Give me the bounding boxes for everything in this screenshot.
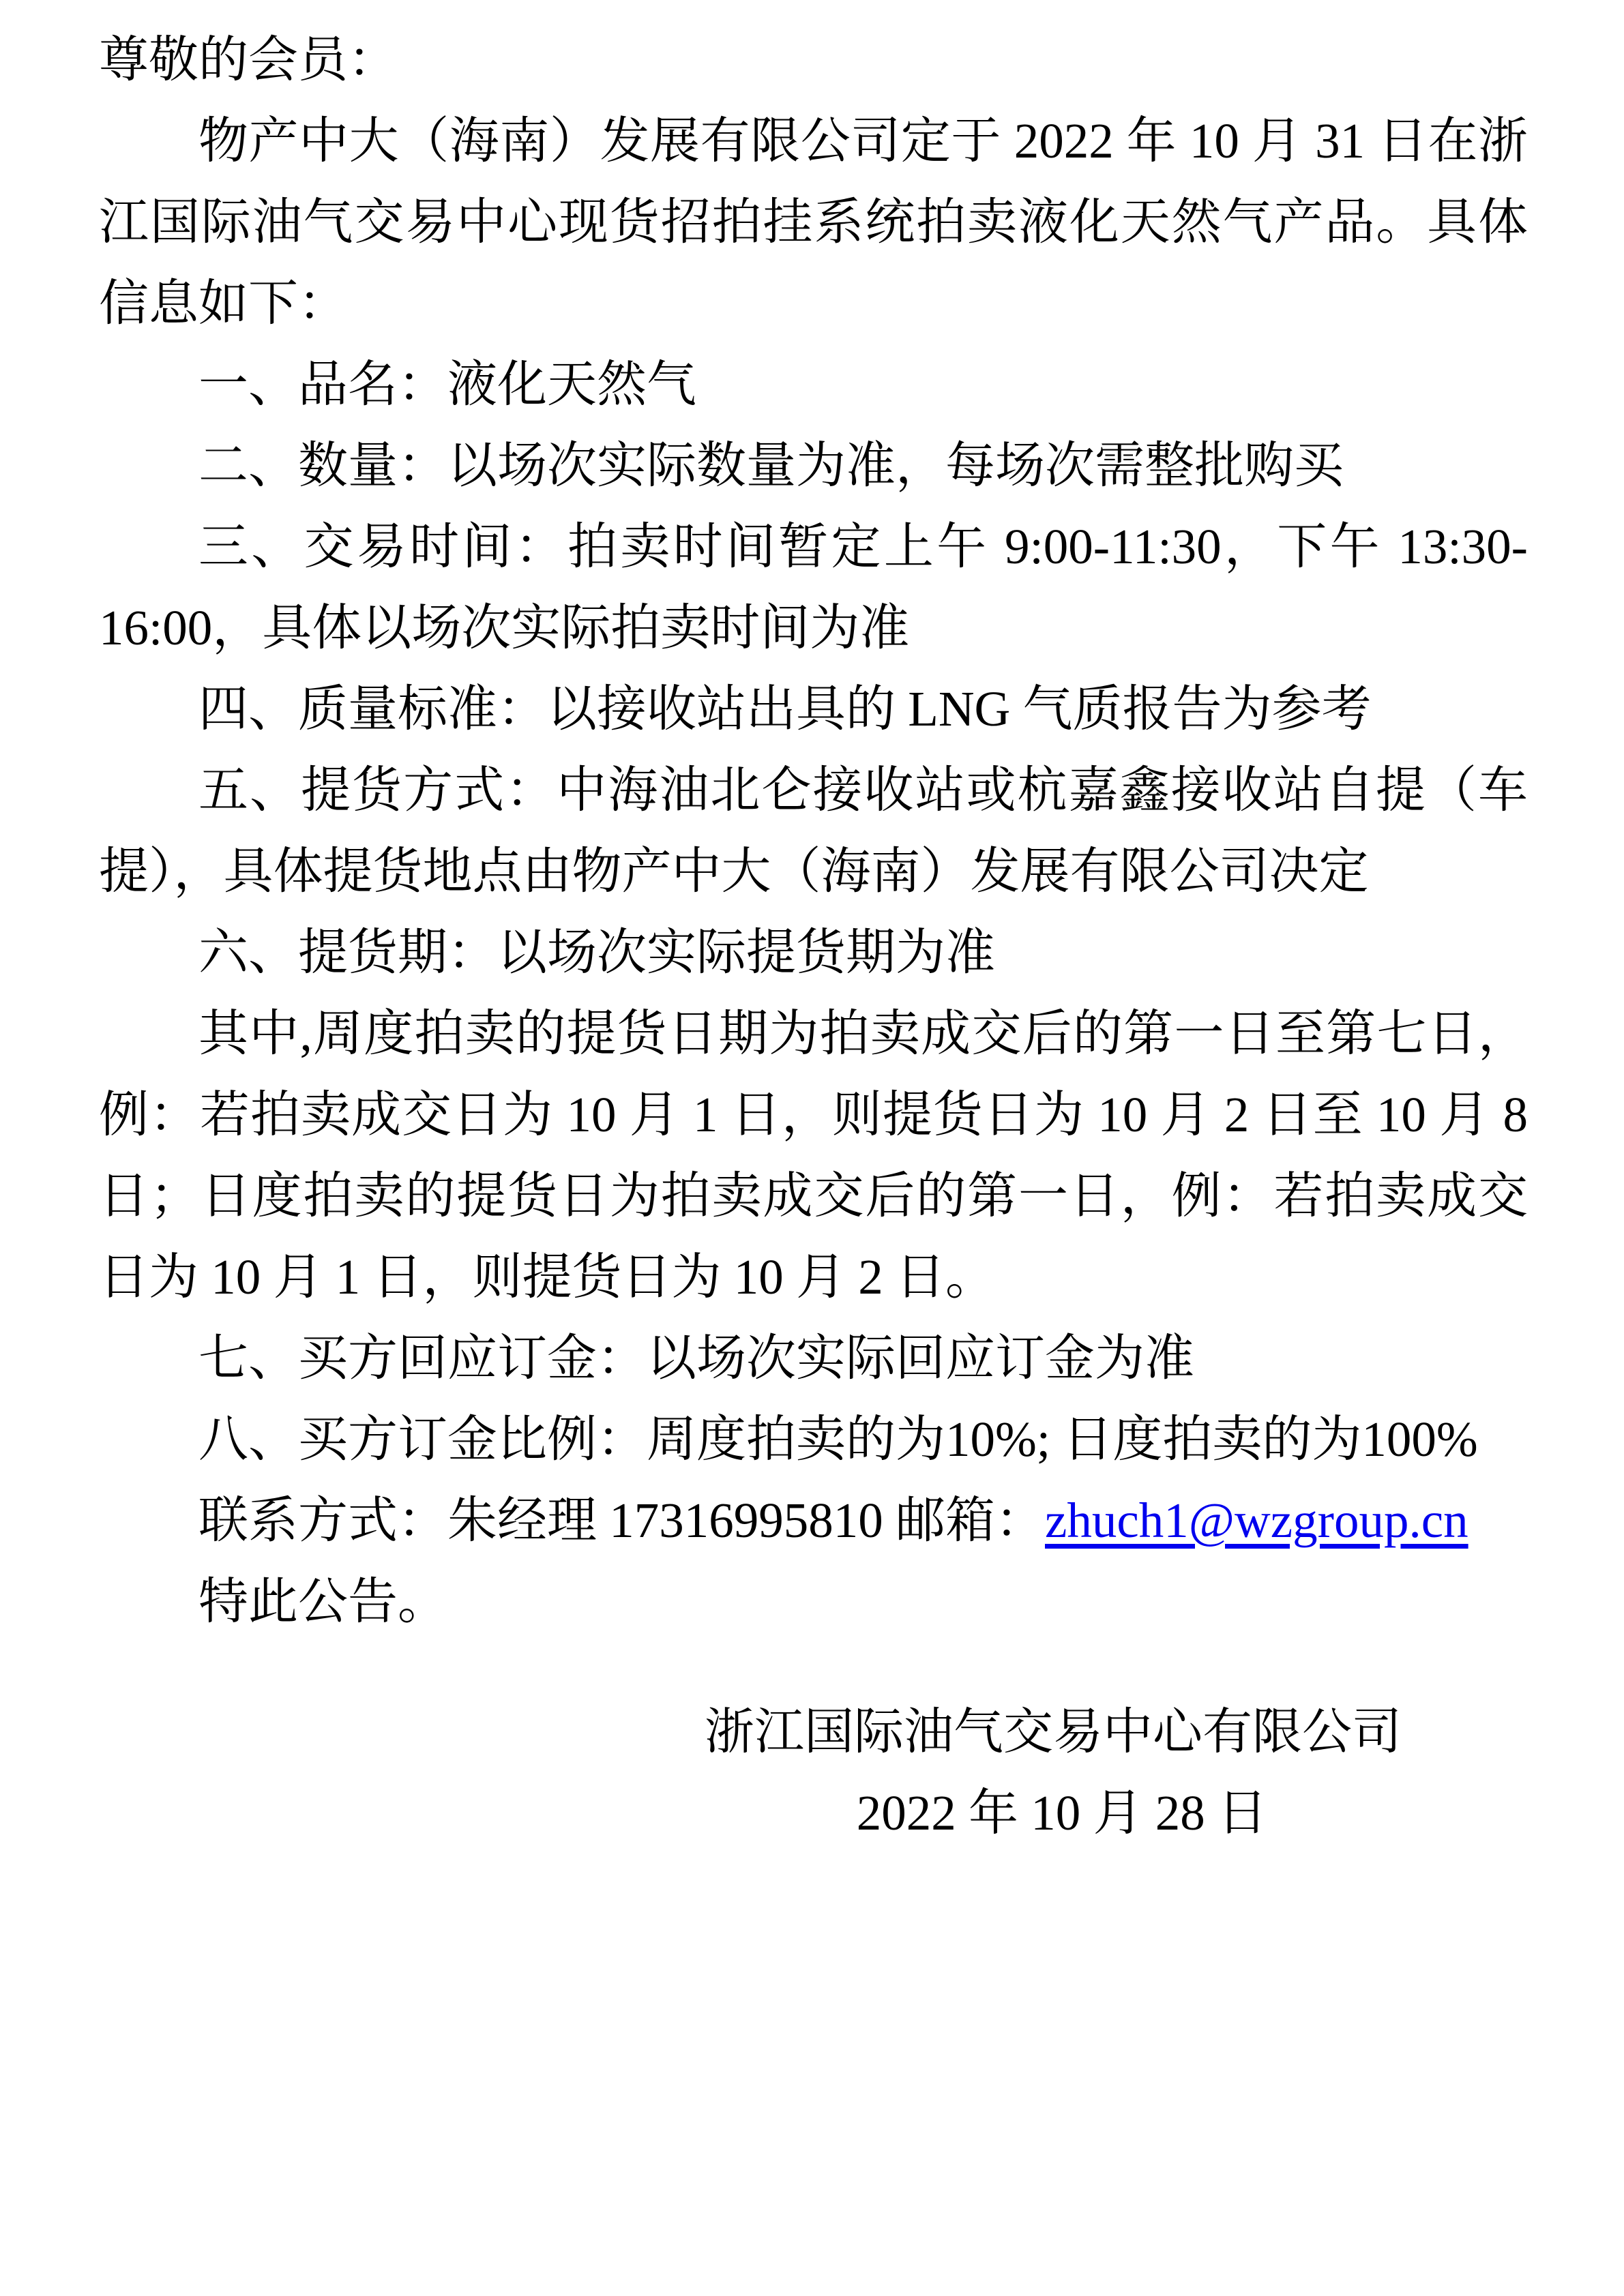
intro-paragraph: 物产中大（海南）发展有限公司定于 2022 年 10 月 31 日在浙江国际油气… bbox=[99, 100, 1528, 344]
item-3-trading-time: 三、交易时间：拍卖时间暂定上午 9:00-11:30，下午 13:30-16:0… bbox=[99, 506, 1528, 668]
closing-statement: 特此公告。 bbox=[99, 1561, 1528, 1642]
signature-date: 2022 年 10 月 28 日 bbox=[99, 1772, 1528, 1853]
item-6-pickup-period: 六、提货期：以场次实际提货期为准 bbox=[99, 912, 1528, 993]
item-4-quality-standard: 四、质量标准：以接收站出具的 LNG 气质报告为参考 bbox=[99, 668, 1528, 749]
item-2-quantity: 二、数量：以场次实际数量为准，每场次需整批购买 bbox=[99, 425, 1528, 506]
salutation: 尊敬的会员： bbox=[99, 19, 1528, 100]
email-link[interactable]: zhuch1@wzgroup.cn bbox=[1045, 1493, 1468, 1548]
item-7-buyer-response-deposit: 七、买方回应订金：以场次实际回应订金为准 bbox=[99, 1317, 1528, 1399]
pickup-period-note: 其中,周度拍卖的提货日期为拍卖成交后的第一日至第七日，例：若拍卖成交日为 10 … bbox=[99, 993, 1528, 1317]
document-page: 尊敬的会员： 物产中大（海南）发展有限公司定于 2022 年 10 月 31 日… bbox=[0, 0, 1624, 2296]
contact-label: 联系方式：朱经理 17316995810 邮箱： bbox=[198, 1493, 1045, 1548]
signature-company: 浙江国际油气交易中心有限公司 bbox=[99, 1691, 1528, 1772]
item-1-product-name: 一、品名：液化天然气 bbox=[99, 344, 1528, 425]
contact-line: 联系方式：朱经理 17316995810 邮箱：zhuch1@wzgroup.c… bbox=[99, 1480, 1528, 1561]
item-8-deposit-ratio: 八、买方订金比例：周度拍卖的为10%; 日度拍卖的为100% bbox=[99, 1399, 1528, 1480]
item-5-pickup-method: 五、提货方式：中海油北仑接收站或杭嘉鑫接收站自提（车提），具体提货地点由物产中大… bbox=[99, 749, 1528, 912]
